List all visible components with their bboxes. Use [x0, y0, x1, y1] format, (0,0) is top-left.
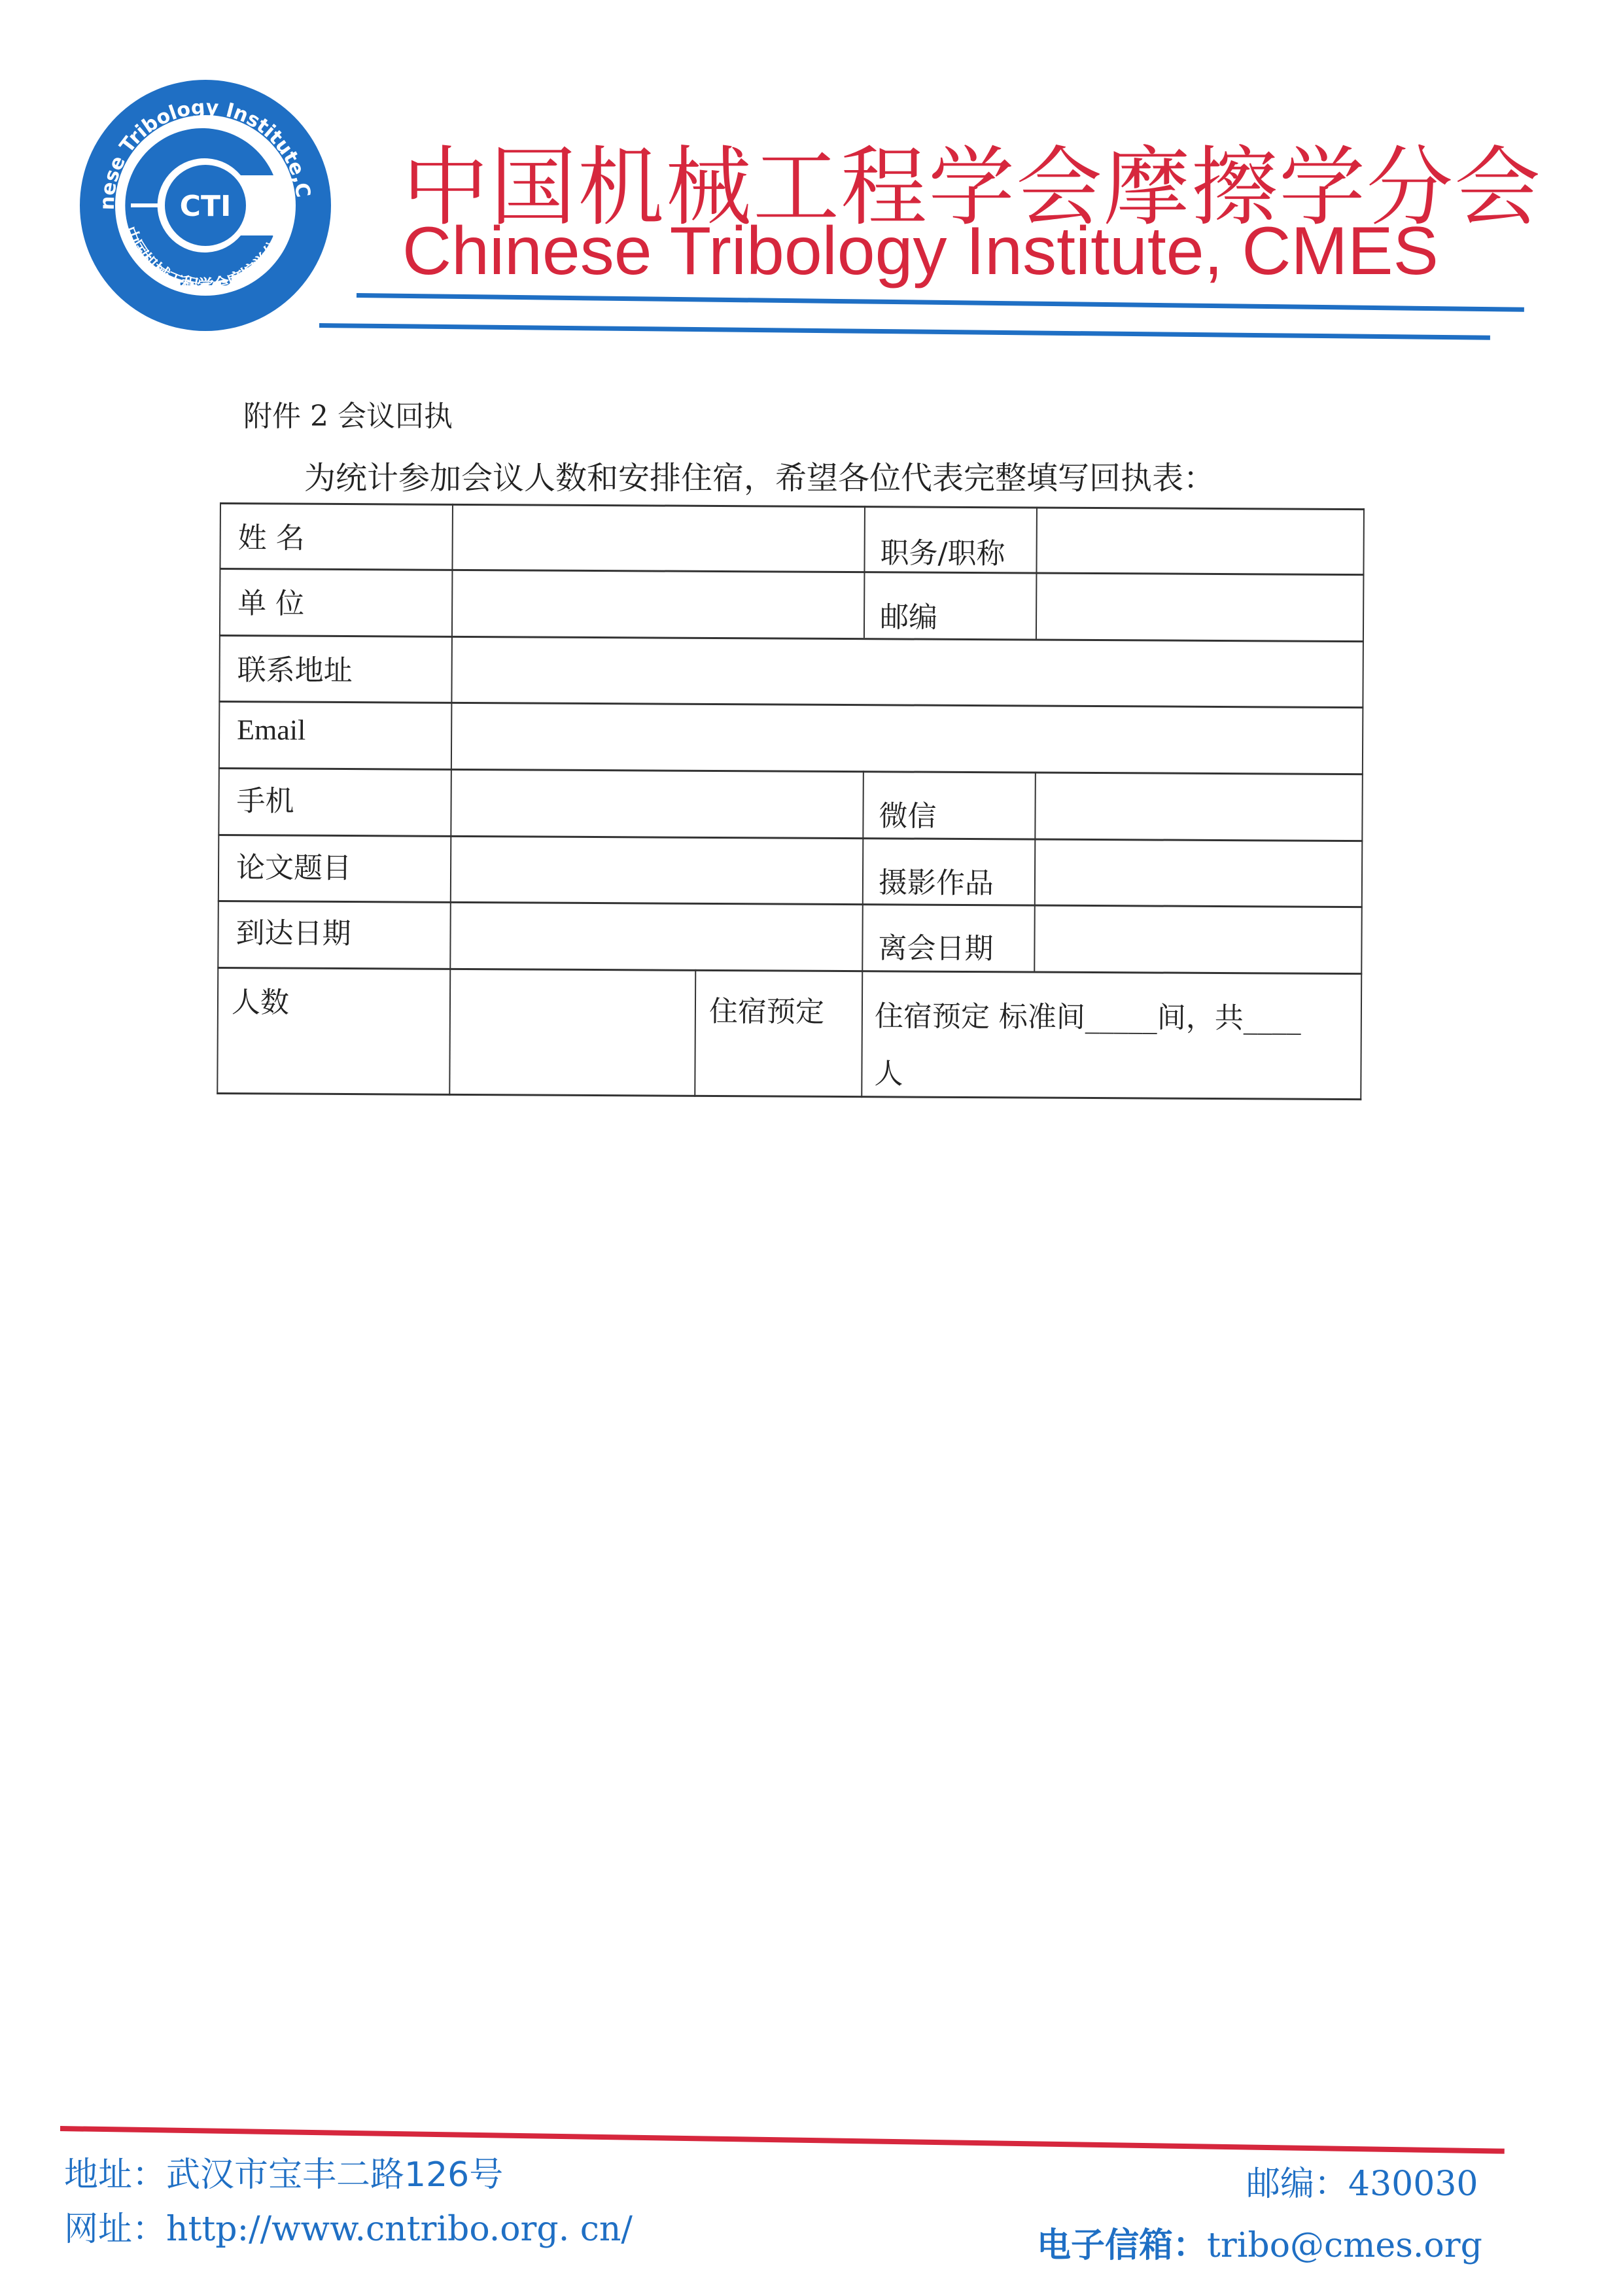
svg-text:CTI: CTI	[180, 190, 232, 223]
cti-logo: CTI Chinese Tribology Institute,CMES 197…	[77, 77, 334, 334]
org-title-english: Chinese Tribology Institute, CMES	[402, 213, 1439, 290]
intro-text: 为统计参加会议人数和安排住宿，希望各位代表完整填写回执表：	[304, 453, 1215, 498]
input-mobile[interactable]	[452, 771, 861, 836]
reply-form-table: 姓 名 职务/职称 单 位 邮编 联系地址 Email 手机 微信 论文题目 摄…	[217, 502, 1365, 1100]
label-wechat: 微信	[879, 792, 936, 834]
table-border	[217, 502, 221, 1094]
attachment-title: 附件 2 会议回执	[243, 392, 453, 434]
header-divider-bottom	[319, 323, 1490, 340]
input-wechat[interactable]	[1036, 774, 1361, 839]
cti-emblem-icon: CTI Chinese Tribology Institute,CMES 197…	[77, 77, 334, 334]
footer-website: 网址：http://www.cntribo.org. cn/	[64, 2201, 633, 2250]
label-headcount: 人数	[232, 979, 289, 1020]
input-departure-date[interactable]	[1036, 907, 1360, 972]
footer-email: 电子信箱：tribo@cmes.org	[1037, 2218, 1482, 2267]
address-label: 地址：	[64, 2155, 166, 2195]
input-paper-title[interactable]	[452, 837, 861, 902]
input-name[interactable]	[453, 506, 862, 570]
accommodation-detail-unit: 人	[874, 1050, 903, 1092]
input-title[interactable]	[1038, 509, 1361, 574]
label-title: 职务/职称	[880, 529, 1005, 572]
input-organization[interactable]	[453, 571, 862, 636]
input-address[interactable]	[453, 638, 1361, 705]
postcode-value: 430030	[1348, 2165, 1478, 2204]
label-organization: 单 位	[237, 580, 304, 622]
label-postcode: 邮编	[880, 593, 937, 635]
accommodation-detail[interactable]: 住宿预定 标准间_____间，共____	[875, 992, 1301, 1036]
label-address: 联系地址	[237, 646, 353, 689]
footer-postcode: 邮编：430030	[1246, 2156, 1478, 2205]
col-divider	[861, 771, 864, 1098]
footer-address: 地址：武汉市宝丰二路126号	[64, 2147, 503, 2196]
input-email[interactable]	[453, 704, 1361, 772]
label-photography: 摄影作品	[879, 859, 994, 901]
input-photography[interactable]	[1036, 841, 1360, 905]
label-departure-date: 离会日期	[878, 924, 993, 967]
col-divider	[694, 969, 696, 1097]
label-email: Email	[237, 713, 305, 747]
label-mobile: 手机	[236, 777, 294, 819]
email-label: 电子信箱：	[1037, 2226, 1207, 2265]
postcode-label: 邮编：	[1246, 2165, 1348, 2204]
input-postcode[interactable]	[1038, 574, 1362, 640]
table-border	[217, 1092, 1361, 1100]
input-arrival-date[interactable]	[451, 903, 860, 969]
label-arrival-date: 到达日期	[236, 909, 351, 952]
website-link[interactable]: http://www.cntribo.org. cn/	[166, 2210, 633, 2249]
email-link[interactable]: tribo@cmes.org	[1207, 2226, 1482, 2265]
header-divider-top	[357, 293, 1524, 312]
input-headcount[interactable]	[451, 970, 693, 1094]
label-paper-title: 论文题目	[236, 844, 351, 886]
address-value: 武汉市宝丰二路126号	[166, 2155, 503, 2195]
label-name: 姓 名	[238, 514, 305, 557]
website-label: 网址：	[64, 2210, 166, 2249]
label-accommodation: 住宿预定	[709, 988, 824, 1030]
